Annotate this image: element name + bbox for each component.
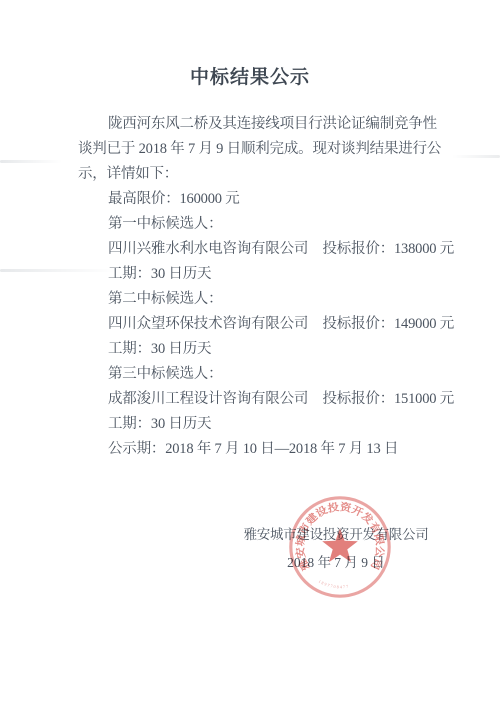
paragraph-line: 陇西河东风二桥及其连接线项目行洪论证编制竞争性 [78,112,458,137]
candidate-2-label: 第二中标候选人： [78,287,458,312]
candidate-1-label: 第一中标候选人： [78,212,458,237]
publicity-period-line: 公示期：2018 年 7 月 10 日—2018 年 7 月 13 日 [78,437,458,462]
svg-text:1897708477: 1897708477 [318,579,350,590]
candidate-1-duration: 工期：30 日历天 [78,262,458,287]
document-body: 陇西河东风二桥及其连接线项目行洪论证编制竞争性 谈判已于 2018 年 7 月 … [78,112,458,462]
seal-star-icon [322,528,358,562]
max-price-line: 最高限价：160000 元 [78,187,458,212]
paragraph-line: 谈判已于 2018 年 7 月 9 日顺利完成。现对谈判结果进行公 [78,137,458,162]
candidate-3-company-bid: 成都浚川工程设计咨询有限公司 投标报价：151000 元 [78,387,458,412]
candidate-3-duration: 工期：30 日历天 [78,412,458,437]
candidate-1-company-bid: 四川兴雅水利水电咨询有限公司 投标报价：138000 元 [78,237,458,262]
candidate-2-duration: 工期：30 日历天 [78,337,458,362]
scan-artifact [0,160,62,163]
scan-artifact [452,155,500,158]
company-seal-stamp: 雅安城市建设投资开发有限公司 1897708477 [281,488,399,606]
document-title: 中标结果公示 [0,62,500,89]
scan-artifact [0,269,115,272]
scanned-document-page: 中标结果公示 陇西河东风二桥及其连接线项目行洪论证编制竞争性 谈判已于 2018… [0,0,500,707]
paragraph-line: 示，详情如下： [78,162,458,187]
candidate-3-label: 第三中标候选人： [78,362,458,387]
seal-serial-number: 1897708477 [318,579,350,590]
candidate-2-company-bid: 四川众望环保技术咨询有限公司 投标报价：149000 元 [78,312,458,337]
